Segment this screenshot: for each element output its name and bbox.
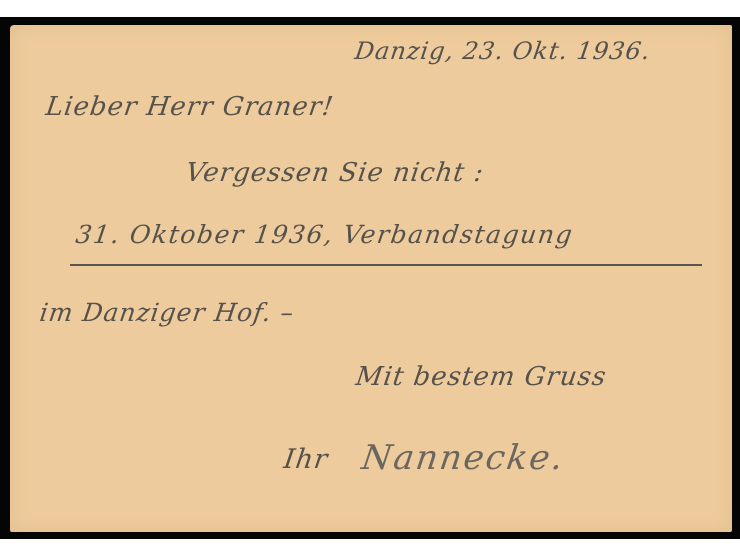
signature: Nannecke. <box>359 438 567 478</box>
signature-prefix: Ihr <box>282 444 330 475</box>
date-line: Danzig, 23. Okt. 1936. <box>353 37 653 65</box>
closing-line: Mit bestem Gruss <box>354 362 609 392</box>
event-underline <box>70 264 702 266</box>
salutation-line: Lieber Herr Graner! <box>44 92 336 122</box>
reminder-line: Vergessen Sie nicht : <box>184 158 486 188</box>
venue-line: im Danziger Hof. – <box>38 298 296 327</box>
event-line: 31. Oktober 1936, Verbandstagung <box>74 220 575 249</box>
